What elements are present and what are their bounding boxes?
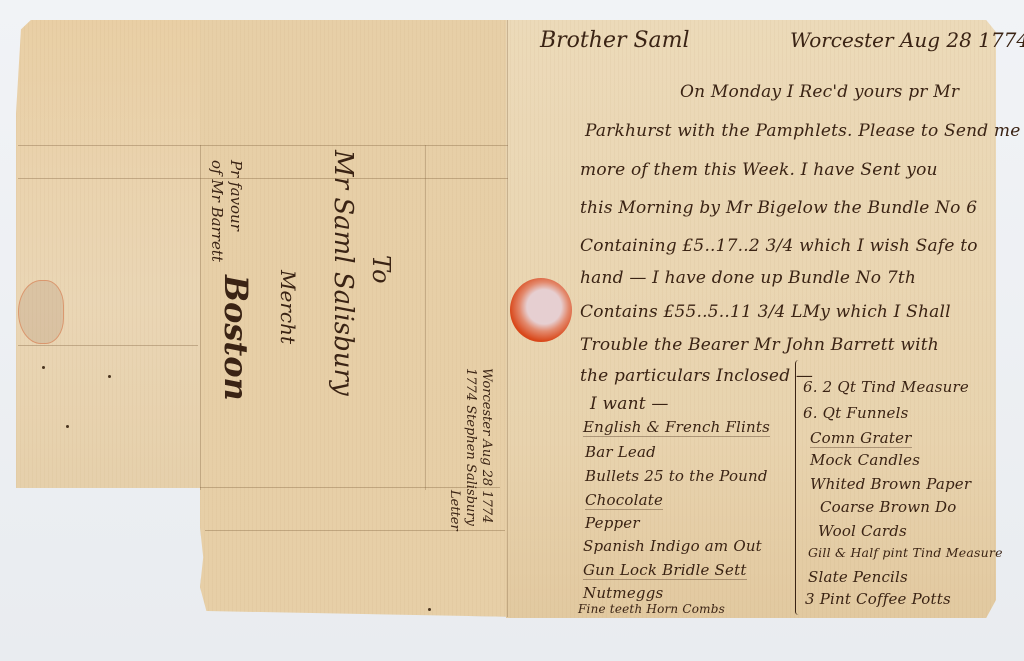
want-item: English & French Flints	[583, 418, 770, 437]
want-item: Slate Pencils	[808, 568, 908, 586]
pin-hole	[428, 608, 431, 611]
fold-line	[18, 178, 508, 179]
want-item: Nutmeggs	[583, 584, 663, 602]
want-item: Gun Lock Bridle Sett	[583, 561, 747, 580]
dateline: Worcester Aug 28 1774	[790, 28, 1024, 52]
docket-line: Worcester Aug 28 1774	[479, 368, 494, 523]
fold-line	[507, 20, 508, 617]
want-item: Pepper	[585, 514, 640, 532]
body-line: Parkhurst with the Pamphlets. Please to …	[585, 121, 1021, 141]
want-item: Coarse Brown Do	[820, 498, 957, 516]
want-item: 3 Pint Coffee Potts	[805, 590, 951, 608]
body-line: more of them this Week. I have Sent you	[580, 160, 938, 180]
want-item: Whited Brown Paper	[810, 475, 971, 493]
want-item: 6. 2 Qt Tind Measure	[803, 378, 969, 396]
want-item: Bar Lead	[585, 443, 656, 461]
wax-seal	[510, 278, 572, 342]
pin-hole	[66, 425, 69, 428]
fold-line	[18, 345, 198, 346]
body-line: On Monday I Rec'd yours pr Mr	[680, 82, 959, 102]
body-line: the particulars Inclosed —	[580, 366, 813, 386]
want-item: Bullets 25 to the Pound	[585, 467, 768, 485]
want-item: Chocolate	[585, 491, 663, 510]
address-title: Mercht	[276, 270, 300, 344]
fold-line	[200, 145, 201, 490]
want-item: Mock Candles	[810, 451, 920, 469]
body-line: this Morning by Mr Bigelow the Bundle No…	[580, 198, 977, 218]
list-divider	[795, 360, 802, 615]
address-to: To	[367, 255, 395, 284]
want-item: Comn Grater	[810, 429, 912, 448]
want-heading: I want —	[590, 394, 669, 414]
want-item: Fine teeth Horn Combs	[578, 602, 725, 616]
pin-hole	[42, 366, 45, 369]
address-city: Boston	[217, 275, 255, 401]
fold-line	[18, 145, 508, 146]
address-name: Mr Saml Salisbury	[328, 150, 358, 396]
address-favour-line2: of Mr Barrett	[208, 160, 226, 262]
docket-line: Letter	[447, 490, 462, 531]
address-favour-line1: Pr favour	[227, 160, 245, 231]
want-item: 6. Qt Funnels	[803, 404, 909, 422]
pin-hole	[108, 375, 111, 378]
body-line: Containing £5..17..2 3/4 which I wish Sa…	[580, 236, 978, 256]
body-line: Contains £55..5..11 3/4 LMy which I Shal…	[580, 302, 951, 322]
wax-stain	[18, 280, 64, 344]
want-item: Spanish Indigo am Out	[583, 537, 762, 555]
body-line: hand — I have done up Bundle No 7th	[580, 268, 916, 288]
want-item: Wool Cards	[818, 522, 907, 540]
docket-line: 1774 Stephen Salisbury	[463, 368, 478, 526]
fold-line	[200, 487, 500, 488]
want-item: Gill & Half pint Tind Measure	[808, 545, 1003, 560]
fold-line	[425, 145, 426, 490]
salutation: Brother Saml	[540, 28, 690, 53]
body-line: Trouble the Bearer Mr John Barrett with	[580, 335, 939, 355]
